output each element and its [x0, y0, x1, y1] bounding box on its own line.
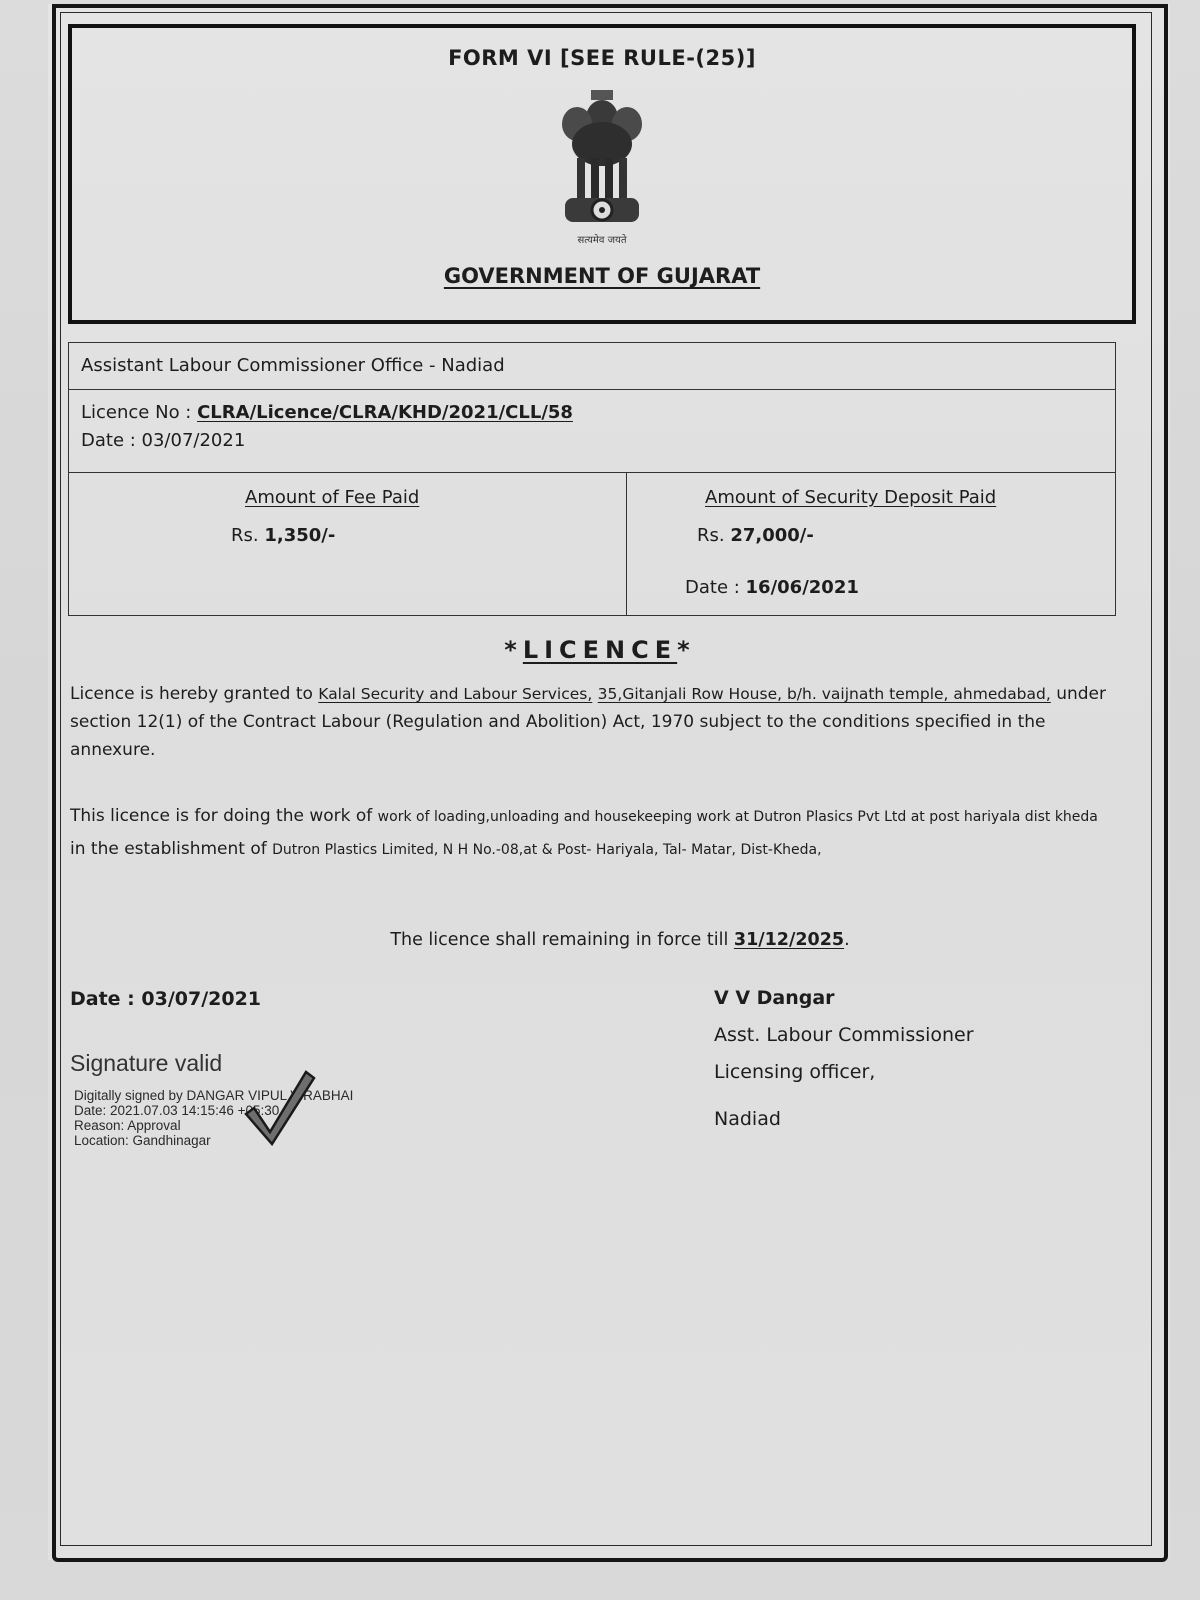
licence-heading: *LICENCE*	[0, 636, 1200, 664]
fee-label: Amount of Fee Paid	[245, 487, 419, 508]
office-row: Assistant Labour Commissioner Office - N…	[69, 343, 1115, 390]
header-box: FORM VI [SEE RULE-(25)] सत्यमेव जयते GOV…	[68, 24, 1136, 324]
deposit-amount: Rs. 27,000/-	[697, 525, 814, 546]
licence-number-row: Licence No : CLRA/Licence/CLRA/KHD/2021/…	[69, 390, 1115, 473]
work-paragraph: This licence is for doing the work of wo…	[70, 800, 1110, 866]
contractor-address: 35,Gitanjali Row House, b/h. vaijnath te…	[598, 685, 1051, 703]
fee-amount: Rs. 1,350/-	[231, 525, 335, 546]
form-title: FORM VI [SEE RULE-(25)]	[72, 46, 1132, 70]
validity-date: 31/12/2025	[734, 930, 844, 950]
motto: सत्यमेव जयते	[72, 232, 1132, 246]
signatory-role: Licensing officer,	[714, 1054, 974, 1091]
licence-number-value: CLRA/Licence/CLRA/KHD/2021/CLL/58	[197, 402, 573, 423]
deposit-column: Amount of Security Deposit Paid Rs. 27,0…	[627, 473, 1115, 615]
signatory-place: Nadiad	[714, 1101, 974, 1138]
state-emblem-icon	[547, 86, 657, 236]
signatory-name: V V Dangar	[714, 980, 974, 1017]
issue-date: Date : 03/07/2021	[70, 988, 261, 1010]
fee-column: Amount of Fee Paid Rs. 1,350/-	[69, 473, 627, 615]
office-name: Assistant Labour Commissioner Office - N…	[81, 355, 505, 376]
contractor-name: Kalal Security and Labour Services,	[318, 685, 592, 703]
grant-paragraph: Licence is hereby granted to Kalal Secur…	[70, 680, 1110, 764]
signatory-block: V V Dangar Asst. Labour Commissioner Lic…	[714, 980, 974, 1138]
government-title: GOVERNMENT OF GUJARAT	[72, 264, 1132, 288]
licence-number: Licence No : CLRA/Licence/CLRA/KHD/2021/…	[81, 402, 573, 423]
signatory-designation: Asst. Labour Commissioner	[714, 1017, 974, 1054]
signature-status: Signature valid	[70, 1050, 222, 1077]
deposit-date: Date : 16/06/2021	[685, 577, 859, 598]
checkmark-icon	[240, 1066, 320, 1146]
deposit-label: Amount of Security Deposit Paid	[705, 487, 996, 508]
licence-date: Date : 03/07/2021	[81, 430, 245, 451]
establishment: Dutron Plastics Limited, N H No.-08,at &…	[272, 842, 821, 858]
amounts-row: Amount of Fee Paid Rs. 1,350/- Amount of…	[69, 473, 1115, 615]
work-description: work of loading,unloading and housekeepi…	[378, 809, 1098, 825]
licence-info-table: Assistant Labour Commissioner Office - N…	[68, 342, 1116, 616]
validity-line: The licence shall remaining in force til…	[0, 930, 1200, 950]
